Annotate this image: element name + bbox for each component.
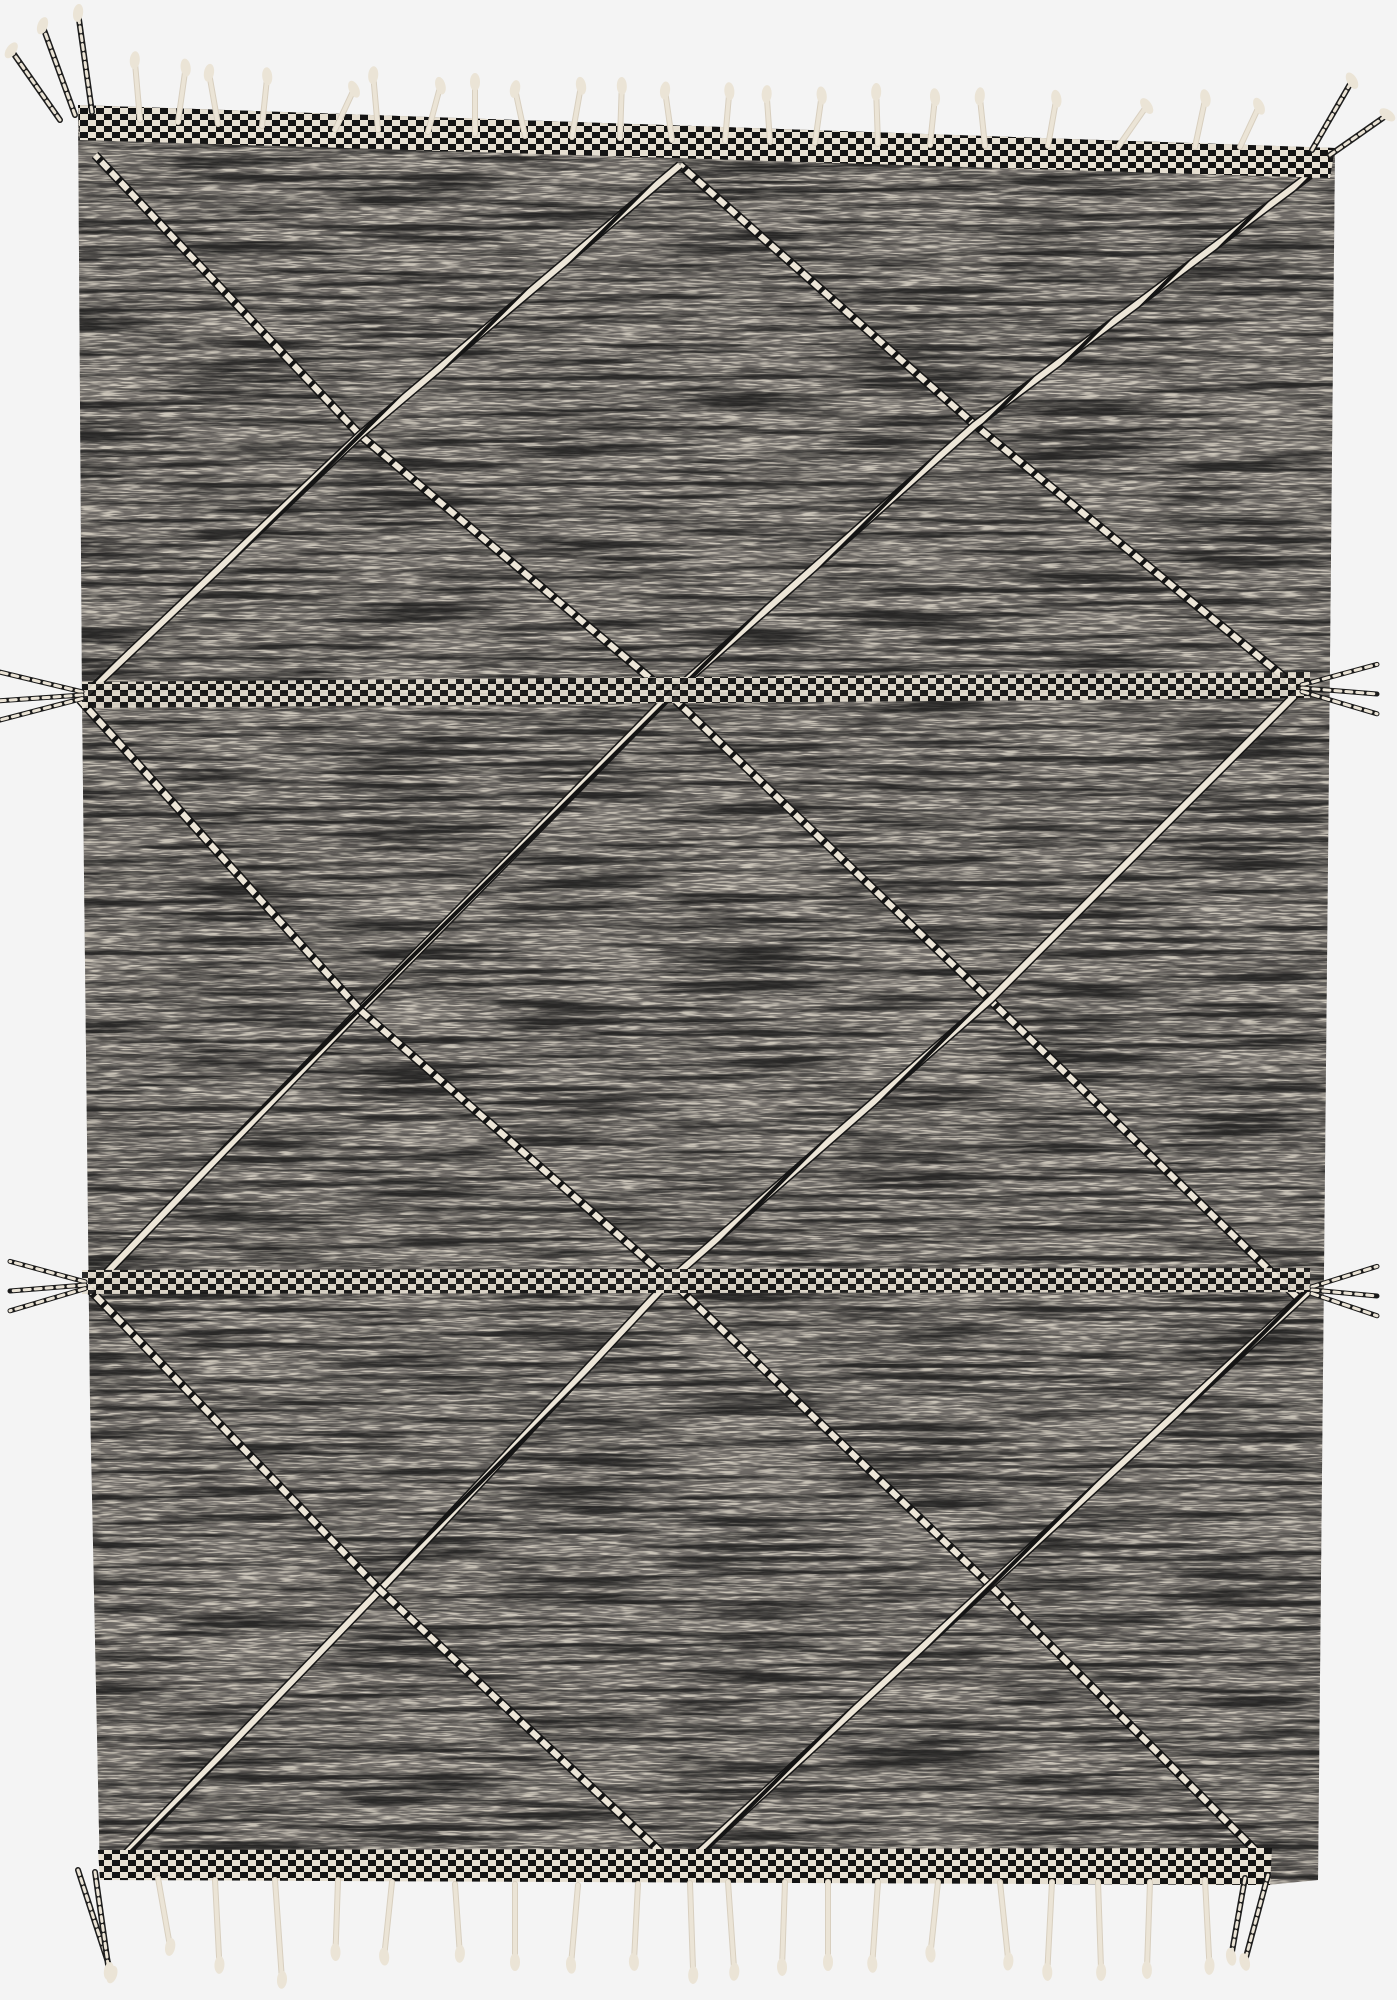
tassel-tip xyxy=(72,3,84,22)
tassel-tip xyxy=(202,63,215,82)
tassel-tip xyxy=(510,1953,520,1971)
tassel-tip xyxy=(1238,1952,1252,1972)
tassel-tip xyxy=(1204,1957,1215,1975)
tassel-highlight xyxy=(1231,1878,1245,1957)
tassel-tip xyxy=(565,1955,577,1974)
tassel-highlight xyxy=(158,1878,170,1947)
tassel-tip xyxy=(871,83,882,101)
tassel-highlight xyxy=(1330,115,1387,155)
tassel-tip xyxy=(276,1970,287,1989)
tassel-tip xyxy=(508,79,522,99)
tassel-highlight xyxy=(215,1880,219,1965)
tassel-highlight xyxy=(1118,106,1147,147)
tassel-tip xyxy=(575,76,588,95)
tassel-tip xyxy=(823,1953,833,1971)
rug-field-dark-threads xyxy=(78,105,1335,1885)
tassel-tip xyxy=(454,1945,465,1964)
tassel-tip xyxy=(761,85,772,104)
rug-photo xyxy=(0,0,1397,2000)
tassel-tip xyxy=(164,1937,177,1956)
tassel-tip xyxy=(724,82,736,101)
tassel-tip xyxy=(777,1958,788,1976)
rug-field xyxy=(78,105,1335,1885)
tassel-tip xyxy=(867,1954,878,1973)
tassel-tip xyxy=(1042,1963,1053,1981)
tassel-highlight xyxy=(335,1880,338,1952)
tassel-tip xyxy=(925,1944,937,1963)
tassel-tip xyxy=(1096,1963,1107,1981)
tassel-tip xyxy=(974,87,986,106)
tassel-highlight xyxy=(455,1884,460,1954)
tassel-highlight xyxy=(1312,81,1352,150)
tassel-tip xyxy=(214,1956,225,1974)
tassel-tip xyxy=(261,67,273,86)
tassel-tip xyxy=(367,66,379,85)
tassel-tip xyxy=(129,51,141,70)
tassel-highlight xyxy=(1240,106,1259,147)
tassel-tip xyxy=(815,86,827,105)
tassel-highlight xyxy=(872,1882,878,1964)
tassel-tip xyxy=(659,81,671,100)
tassel-tip xyxy=(1225,1947,1238,1966)
tassel-highlight xyxy=(1245,1875,1268,1962)
tassel-tip xyxy=(433,76,447,96)
tassel-tip xyxy=(617,77,628,95)
tassel-tip xyxy=(1002,1952,1014,1971)
tassel-tip xyxy=(1199,88,1213,108)
band-lower xyxy=(82,1268,1310,1294)
tassel-tip xyxy=(929,88,941,107)
tassel-tip xyxy=(330,1943,341,1961)
tassel-highlight xyxy=(1205,1880,1210,1966)
rug-illustration xyxy=(0,0,1397,2000)
tassel-tip xyxy=(179,58,191,77)
tassel-tip xyxy=(688,1966,699,1984)
tassel-highlight xyxy=(78,13,92,112)
tassel-highlight xyxy=(1047,1882,1052,1972)
tassel-tip xyxy=(628,1953,639,1971)
tassel-tip xyxy=(729,1962,740,1981)
tassel-tip xyxy=(1142,1961,1153,1979)
tassel-tip xyxy=(470,73,480,91)
tassel-tip xyxy=(1050,89,1063,108)
tassel-tip xyxy=(378,1947,390,1966)
side-tie-highlight xyxy=(10,1261,85,1281)
